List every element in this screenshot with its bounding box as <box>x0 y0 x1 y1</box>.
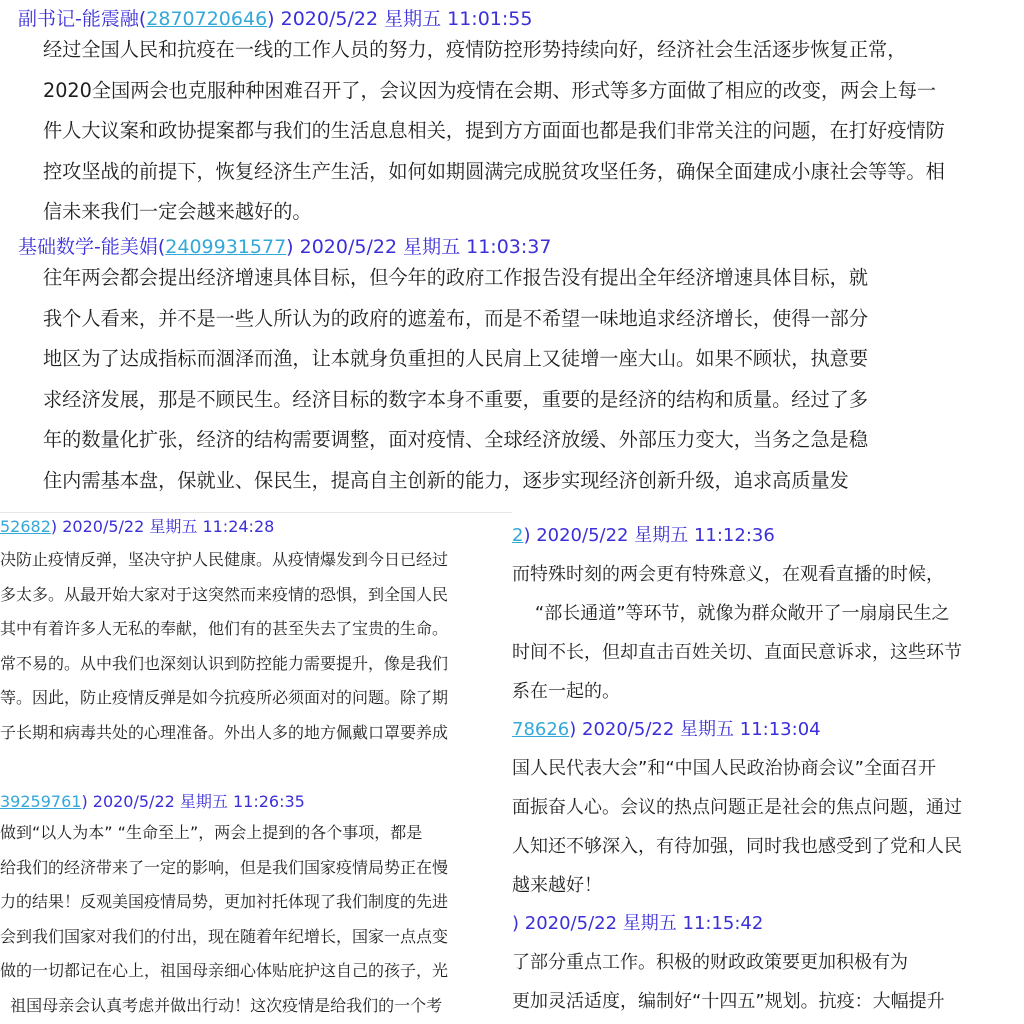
message-line: 控攻坚战的前提下，恢复经济生产生活，如何如期圆满完成脱贫攻坚任务，确保全面建成小… <box>0 152 945 193</box>
sender-qq-link[interactable]: 52682 <box>0 517 51 536</box>
sender-qq-link[interactable]: 39259761 <box>0 792 81 811</box>
message-header: ) 2020/5/22 星期五 11:15:42 <box>512 913 763 935</box>
chat-log-panel-bottom-left-upper: 52682) 2020/5/22 星期五 11:24:28 决防止疫情反弹，坚决… <box>0 512 512 781</box>
message-line: 做的一切都记在心上，祖国母亲细心体贴庇护这自己的孩子，光 <box>0 954 448 989</box>
message-header: 2) 2020/5/22 星期五 11:12:36 <box>512 525 775 547</box>
sender-name: 基础数学-能美娟 <box>18 236 158 258</box>
message-line: 往年两会都会提出经济增速具体目标，但今年的政府工作报告没有提出全年经济增速具体目… <box>0 258 868 299</box>
chat-log-panel-bottom-left-lower: 39259761) 2020/5/22 星期五 11:26:35 做到“以人为本… <box>0 780 512 1024</box>
message-line: 信未来我们一定会越来越好的。 <box>0 192 945 233</box>
message-body: 做到“以人为本” “生命至上”，两会上提到的各个事项，都是 给我们的经济带来了一… <box>0 816 448 1023</box>
message-line: 时间不长，但却直击百姓关切、直面民意诉求，这些环节 <box>512 633 962 672</box>
message-line: 地区为了达成指标而涸泽而渔，让本就身负重担的人民肩上又徒增一座大山。如果不顾状，… <box>0 339 868 380</box>
message-body: 经过全国人民和抗疫在一线的工作人员的努力，疫情防控形势持续向好，经济社会生活逐步… <box>0 30 945 233</box>
message-line: 更加灵活适度，编制好“十四五”规划。抗疫：大幅提升 <box>512 982 945 1021</box>
message-datetime: 2020/5/22 星期五 11:26:35 <box>93 792 305 811</box>
sender-qq-link[interactable]: 2 <box>512 525 523 546</box>
chat-message: 基础数学-能美娟(2409931577) 2020/5/22 星期五 11:03… <box>0 236 868 501</box>
message-line: 人知还不够深入，有待加强，同时我也感受到了党和人民 <box>512 827 962 866</box>
sender-name: 副书记-能震融 <box>18 8 139 30</box>
message-line: 子长期和病毒共处的心理准备。外出人多的地方佩戴口罩要养成 <box>0 716 448 751</box>
message-line: 越来越好！ <box>512 866 962 905</box>
chat-message: 副书记-能震融(2870720646) 2020/5/22 星期五 11:01:… <box>0 8 945 233</box>
message-body: 国人民代表大会”和“中国人民政治协商会议”全面召开 面振奋人心。会议的热点问题正… <box>512 749 962 905</box>
message-line: 给我们的经济带来了一定的影响，但是我们国家疫情局势正在慢 <box>0 851 448 886</box>
chat-log-panel-bottom-right: 2) 2020/5/22 星期五 11:12:36 而特殊时刻的两会更有特殊意义… <box>512 512 1024 1024</box>
message-line: “部长通道”等环节，就像为群众敞开了一扇扇民生之 <box>512 594 962 633</box>
message-datetime: 2020/5/22 星期五 11:12:36 <box>536 525 775 546</box>
message-line: 多太多。从最开始大家对于这突然而来疫情的恐惧，到全国人民 <box>0 578 448 613</box>
chat-log-panel-top: 副书记-能震融(2870720646) 2020/5/22 星期五 11:01:… <box>0 0 1024 512</box>
message-header: 副书记-能震融(2870720646) 2020/5/22 星期五 11:01:… <box>0 8 945 30</box>
message-line: 会到我们国家对我们的付出，现在随着年纪增长，国家一点点变 <box>0 920 448 955</box>
sender-qq-link[interactable]: 2409931577 <box>165 236 286 258</box>
message-line: 2020全国两会也克服种种困难召开了，会议因为疫情在会期、形式等多方面做了相应的… <box>0 71 945 112</box>
message-datetime: 2020/5/22 星期五 11:01:55 <box>281 8 533 30</box>
message-body: 而特殊时刻的两会更有特殊意义，在观看直播的时候， “部长通道”等环节，就像为群众… <box>512 555 962 711</box>
message-line: 决防止疫情反弹，坚决守护人民健康。从疫情爆发到今日已经过 <box>0 543 448 578</box>
message-line: 面振奋人心。会议的热点问题正是社会的焦点问题，通过 <box>512 788 962 827</box>
message-line: 力的结果！反观美国疫情局势，更加衬托体现了我们制度的先进 <box>0 885 448 920</box>
message-datetime: 2020/5/22 星期五 11:03:37 <box>300 236 552 258</box>
message-datetime: 2020/5/22 星期五 11:24:28 <box>62 517 274 536</box>
message-line: 祖国母亲会认真考虑并做出行动！这次疫情是给我们的一个考 <box>0 989 448 1024</box>
message-line: 住内需基本盘，保就业、保民生，提高自主创新的能力，逐步实现经济创新升级，追求高质… <box>0 461 868 502</box>
message-line: 经过全国人民和抗疫在一线的工作人员的努力，疫情防控形势持续向好，经济社会生活逐步… <box>0 30 945 71</box>
message-body: 往年两会都会提出经济增速具体目标，但今年的政府工作报告没有提出全年经济增速具体目… <box>0 258 868 501</box>
message-header: 基础数学-能美娟(2409931577) 2020/5/22 星期五 11:03… <box>0 236 868 258</box>
message-line: 其中有着许多人无私的奉献，他们有的甚至失去了宝贵的生命。 <box>0 612 448 647</box>
message-line: 系在一起的。 <box>512 672 962 711</box>
message-line: 做到“以人为本” “生命至上”，两会上提到的各个事项，都是 <box>0 816 448 851</box>
message-line: 国人民代表大会”和“中国人民政治协商会议”全面召开 <box>512 749 962 788</box>
message-line: 常不易的。从中我们也深刻认识到防控能力需要提升，像是我们 <box>0 647 448 682</box>
message-body: 决防止疫情反弹，坚决守护人民健康。从疫情爆发到今日已经过 多太多。从最开始大家对… <box>0 543 448 750</box>
message-line: 了部分重点工作。积极的财政政策要更加积极有为 <box>512 943 945 982</box>
message-header: 52682) 2020/5/22 星期五 11:24:28 <box>0 517 274 537</box>
message-line: 我个人看来，并不是一些人所认为的政府的遮羞布，而是不希望一味地追求经济增长，使得… <box>0 299 868 340</box>
message-line: 年的数量化扩张，经济的结构需要调整，面对疫情、全球经济放缓、外部压力变大，当务之… <box>0 420 868 461</box>
message-line: 而特殊时刻的两会更有特殊意义，在观看直播的时候， <box>512 555 962 594</box>
message-header: 39259761) 2020/5/22 星期五 11:26:35 <box>0 792 305 812</box>
message-datetime: 2020/5/22 星期五 11:15:42 <box>525 913 764 934</box>
message-line: 等。因此，防止疫情反弹是如今抗疫所必须面对的问题。除了期 <box>0 681 448 716</box>
message-header: 78626) 2020/5/22 星期五 11:13:04 <box>512 719 821 741</box>
message-line: 件人大议案和政协提案都与我们的生活息息相关，提到方方面面也都是我们非常关注的问题… <box>0 111 945 152</box>
message-body: 了部分重点工作。积极的财政政策要更加积极有为 更加灵活适度，编制好“十四五”规划… <box>512 943 945 1021</box>
sender-qq-link[interactable]: 2870720646 <box>146 8 267 30</box>
message-datetime: 2020/5/22 星期五 11:13:04 <box>582 719 821 740</box>
message-line: 求经济发展，那是不顾民生。经济目标的数字本身不重要，重要的是经济的结构和质量。经… <box>0 380 868 421</box>
sender-qq-link[interactable]: 78626 <box>512 719 569 740</box>
